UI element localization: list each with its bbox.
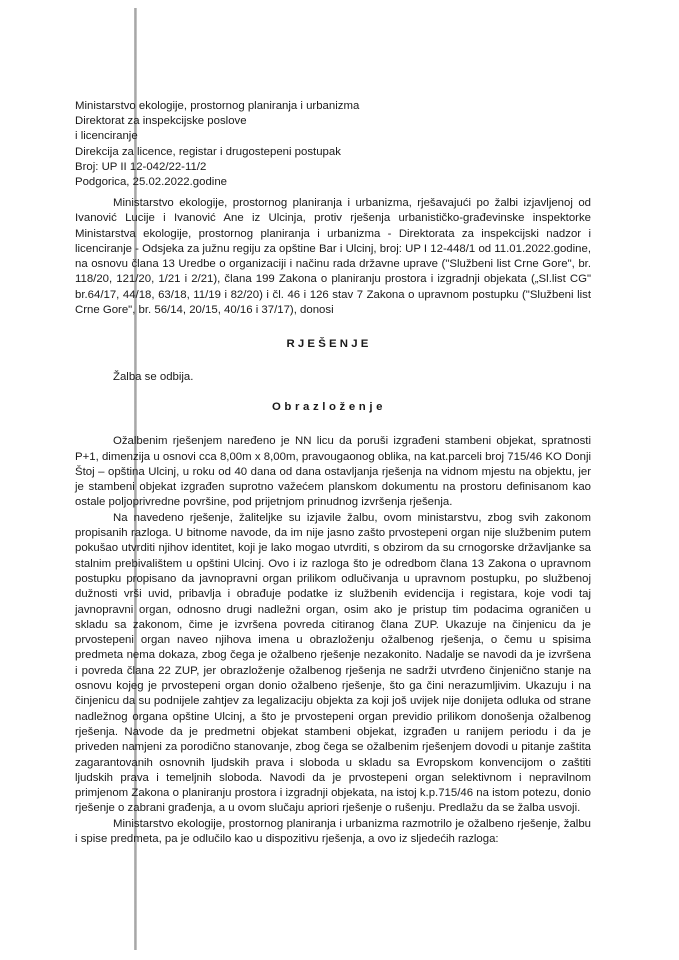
reasoning-paragraph: Ožalbenim rješenjem naređeno je NN licu … (75, 434, 591, 510)
document-body: Ministarstvo ekologije, prostornog plani… (75, 196, 591, 847)
header-ministry: Ministarstvo ekologije, prostornog plani… (75, 99, 475, 114)
decision-title: RJEŠENJE (67, 337, 591, 352)
document-header: Ministarstvo ekologije, prostornog plani… (75, 99, 475, 190)
header-directorate: Direktorat za inspekcijske poslove (75, 114, 475, 129)
document-page: Ministarstvo ekologije, prostornog plani… (0, 0, 679, 960)
header-case-number: Broj: UP II 12-042/22-11/2 (75, 160, 475, 175)
reasoning-title: Obrazloženje (67, 400, 591, 415)
intro-paragraph: Ministarstvo ekologije, prostornog plani… (75, 196, 591, 318)
dispositive-text: Žalba se odbija. (75, 370, 591, 385)
reasoning-paragraph: Ministarstvo ekologije, prostornog plani… (75, 817, 591, 848)
header-division: Direkcija za licence, registar i drugost… (75, 145, 475, 160)
header-directorate-cont: i licenciranje (75, 129, 475, 144)
header-place-date: Podgorica, 25.02.2022.godine (75, 175, 475, 190)
reasoning-paragraph: Na navedeno rješenje, žaliteljke su izja… (75, 511, 591, 817)
